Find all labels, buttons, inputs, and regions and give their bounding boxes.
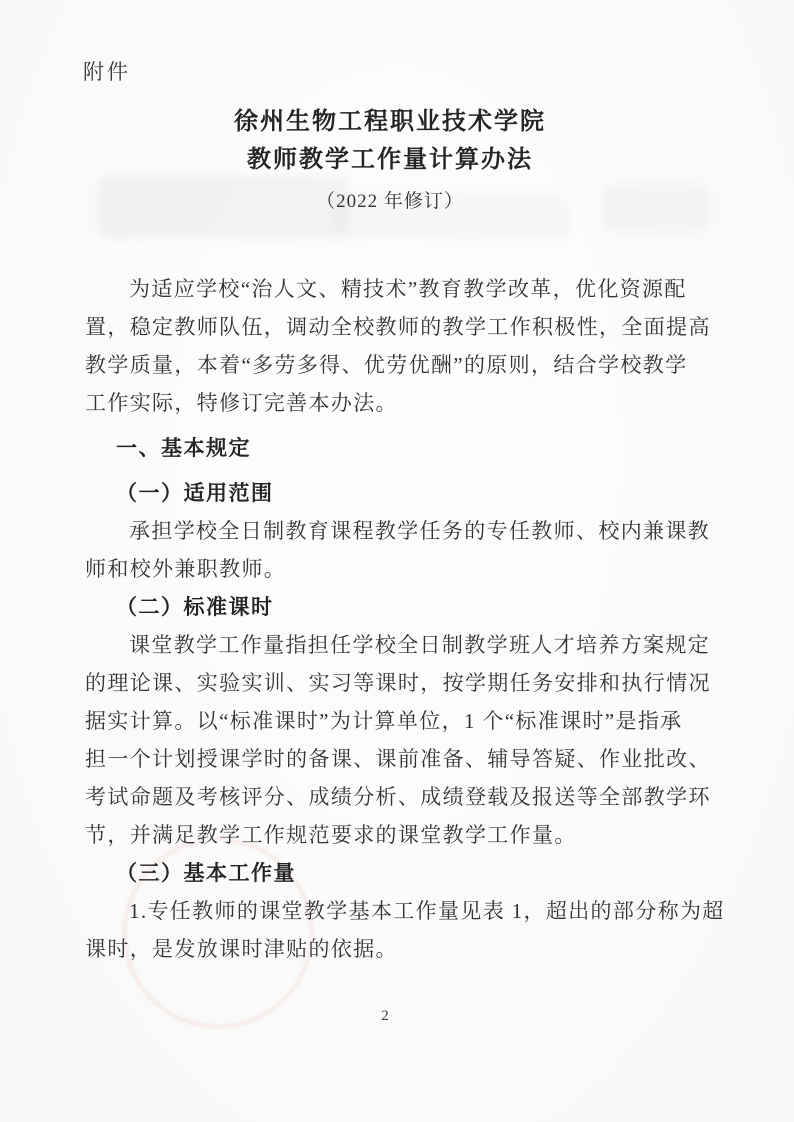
document-title-block: 徐州生物工程职业技术学院 教师教学工作量计算办法 （2022 年修订） [0,103,780,217]
basic-workload-paragraph-line: 1.专任教师的课堂教学基本工作量见表 1，超出的部分称为超 [85,892,725,930]
subsection-heading-basic-workload: （三）基本工作量 [85,854,725,892]
standard-hours-paragraph-line: 的理论课、实验实训、实习等课时，按学期任务安排和执行情况 [85,664,725,702]
document-body: 为适应学校“治人文、精技术”教育教学改革，优化资源配置，稳定教师队伍，调动全校教… [85,270,725,968]
standard-hours-paragraph-line: 据实计算。以“标准课时”为计算单位，1 个“标准课时”是指承 [85,702,725,740]
document-title-line-2: 教师教学工作量计算办法 [0,141,780,179]
intro-paragraph-line: 教学质量，本着“多劳多得、优劳优酬”的原则，结合学校教学 [85,346,725,384]
scope-paragraph-line: 师和校外兼职教师。 [85,550,725,588]
attachment-label: 附件 [83,56,131,86]
standard-hours-paragraph-line: 担一个计划授课学时的备课、课前准备、辅导答疑、作业批改、 [85,740,725,778]
document-page: 附件 徐州生物工程职业技术学院 教师教学工作量计算办法 （2022 年修订） 为… [0,0,794,1122]
intro-paragraph-line: 置，稳定教师队伍，调动全校教师的教学工作积极性，全面提高 [85,308,725,346]
section-heading-basic-rules: 一、基本规定 [85,430,725,468]
intro-paragraph-line: 工作实际，特修订完善本办法。 [85,384,725,422]
intro-paragraph-line: 为适应学校“治人文、精技术”教育教学改革，优化资源配 [85,270,725,308]
basic-workload-paragraph-line: 课时，是发放课时津贴的依据。 [85,930,725,968]
standard-hours-paragraph-line: 节，并满足教学工作规范要求的课堂教学工作量。 [85,816,725,854]
standard-hours-paragraph-line: 考试命题及考核评分、成绩分析、成绩登载及报送等全部教学环 [85,778,725,816]
subsection-heading-standard-hours: （二）标准课时 [85,588,725,626]
document-subtitle-revision: （2022 年修订） [0,187,780,217]
subsection-heading-scope: （一）适用范围 [85,474,725,512]
page-number: 2 [0,1008,770,1025]
standard-hours-paragraph-line: 课堂教学工作量指担任学校全日制教学班人才培养方案规定 [85,626,725,664]
scope-paragraph-line: 承担学校全日制教育课程教学任务的专任教师、校内兼课教 [85,512,725,550]
document-title-line-1: 徐州生物工程职业技术学院 [0,103,780,141]
